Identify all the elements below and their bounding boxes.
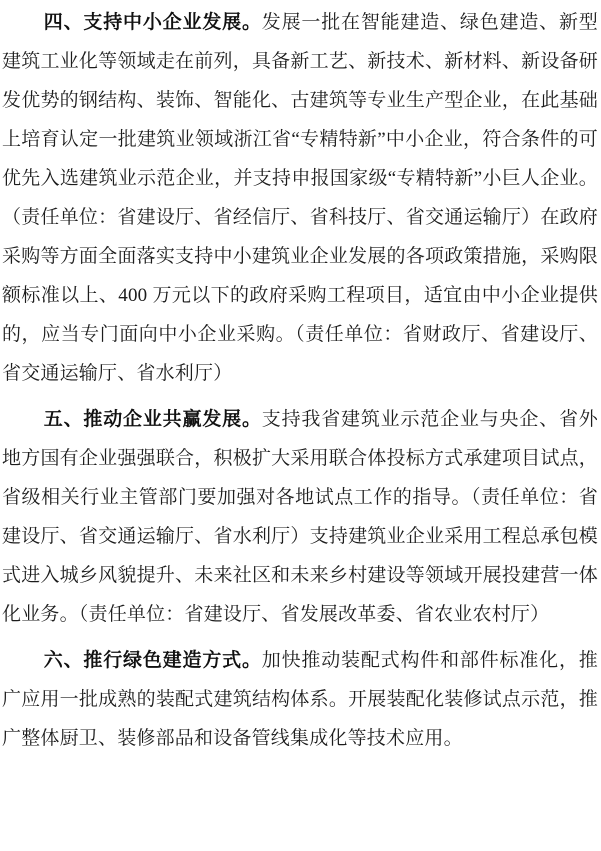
section-paragraph-4: 四、支持中小企业发展。发展一批在智能建造、绿色建造、新型建筑工业化等领域走在前列… <box>2 3 598 393</box>
section-body-4: 发展一批在智能建造、绿色建造、新型建筑工业化等领域走在前列，具备新工艺、新技术、… <box>2 12 598 384</box>
section-heading-5: 五、推动企业共赢发展。 <box>44 409 262 430</box>
section-body-5: 支持我省建筑业示范企业与央企、省外地方国有企业强强联合，积极扩大采用联合体投标方… <box>2 409 598 625</box>
section-heading-6: 六、推行绿色建造方式。 <box>44 650 262 671</box>
section-paragraph-5: 五、推动企业共赢发展。支持我省建筑业示范企业与央企、省外地方国有企业强强联合，积… <box>2 400 598 634</box>
document-page: 四、支持中小企业发展。发展一批在智能建造、绿色建造、新型建筑工业化等领域走在前列… <box>0 0 601 851</box>
section-heading-4: 四、支持中小企业发展。 <box>44 12 262 33</box>
section-paragraph-6: 六、推行绿色建造方式。加快推动装配式构件和部件标准化，推广应用一批成熟的装配式建… <box>2 641 598 758</box>
